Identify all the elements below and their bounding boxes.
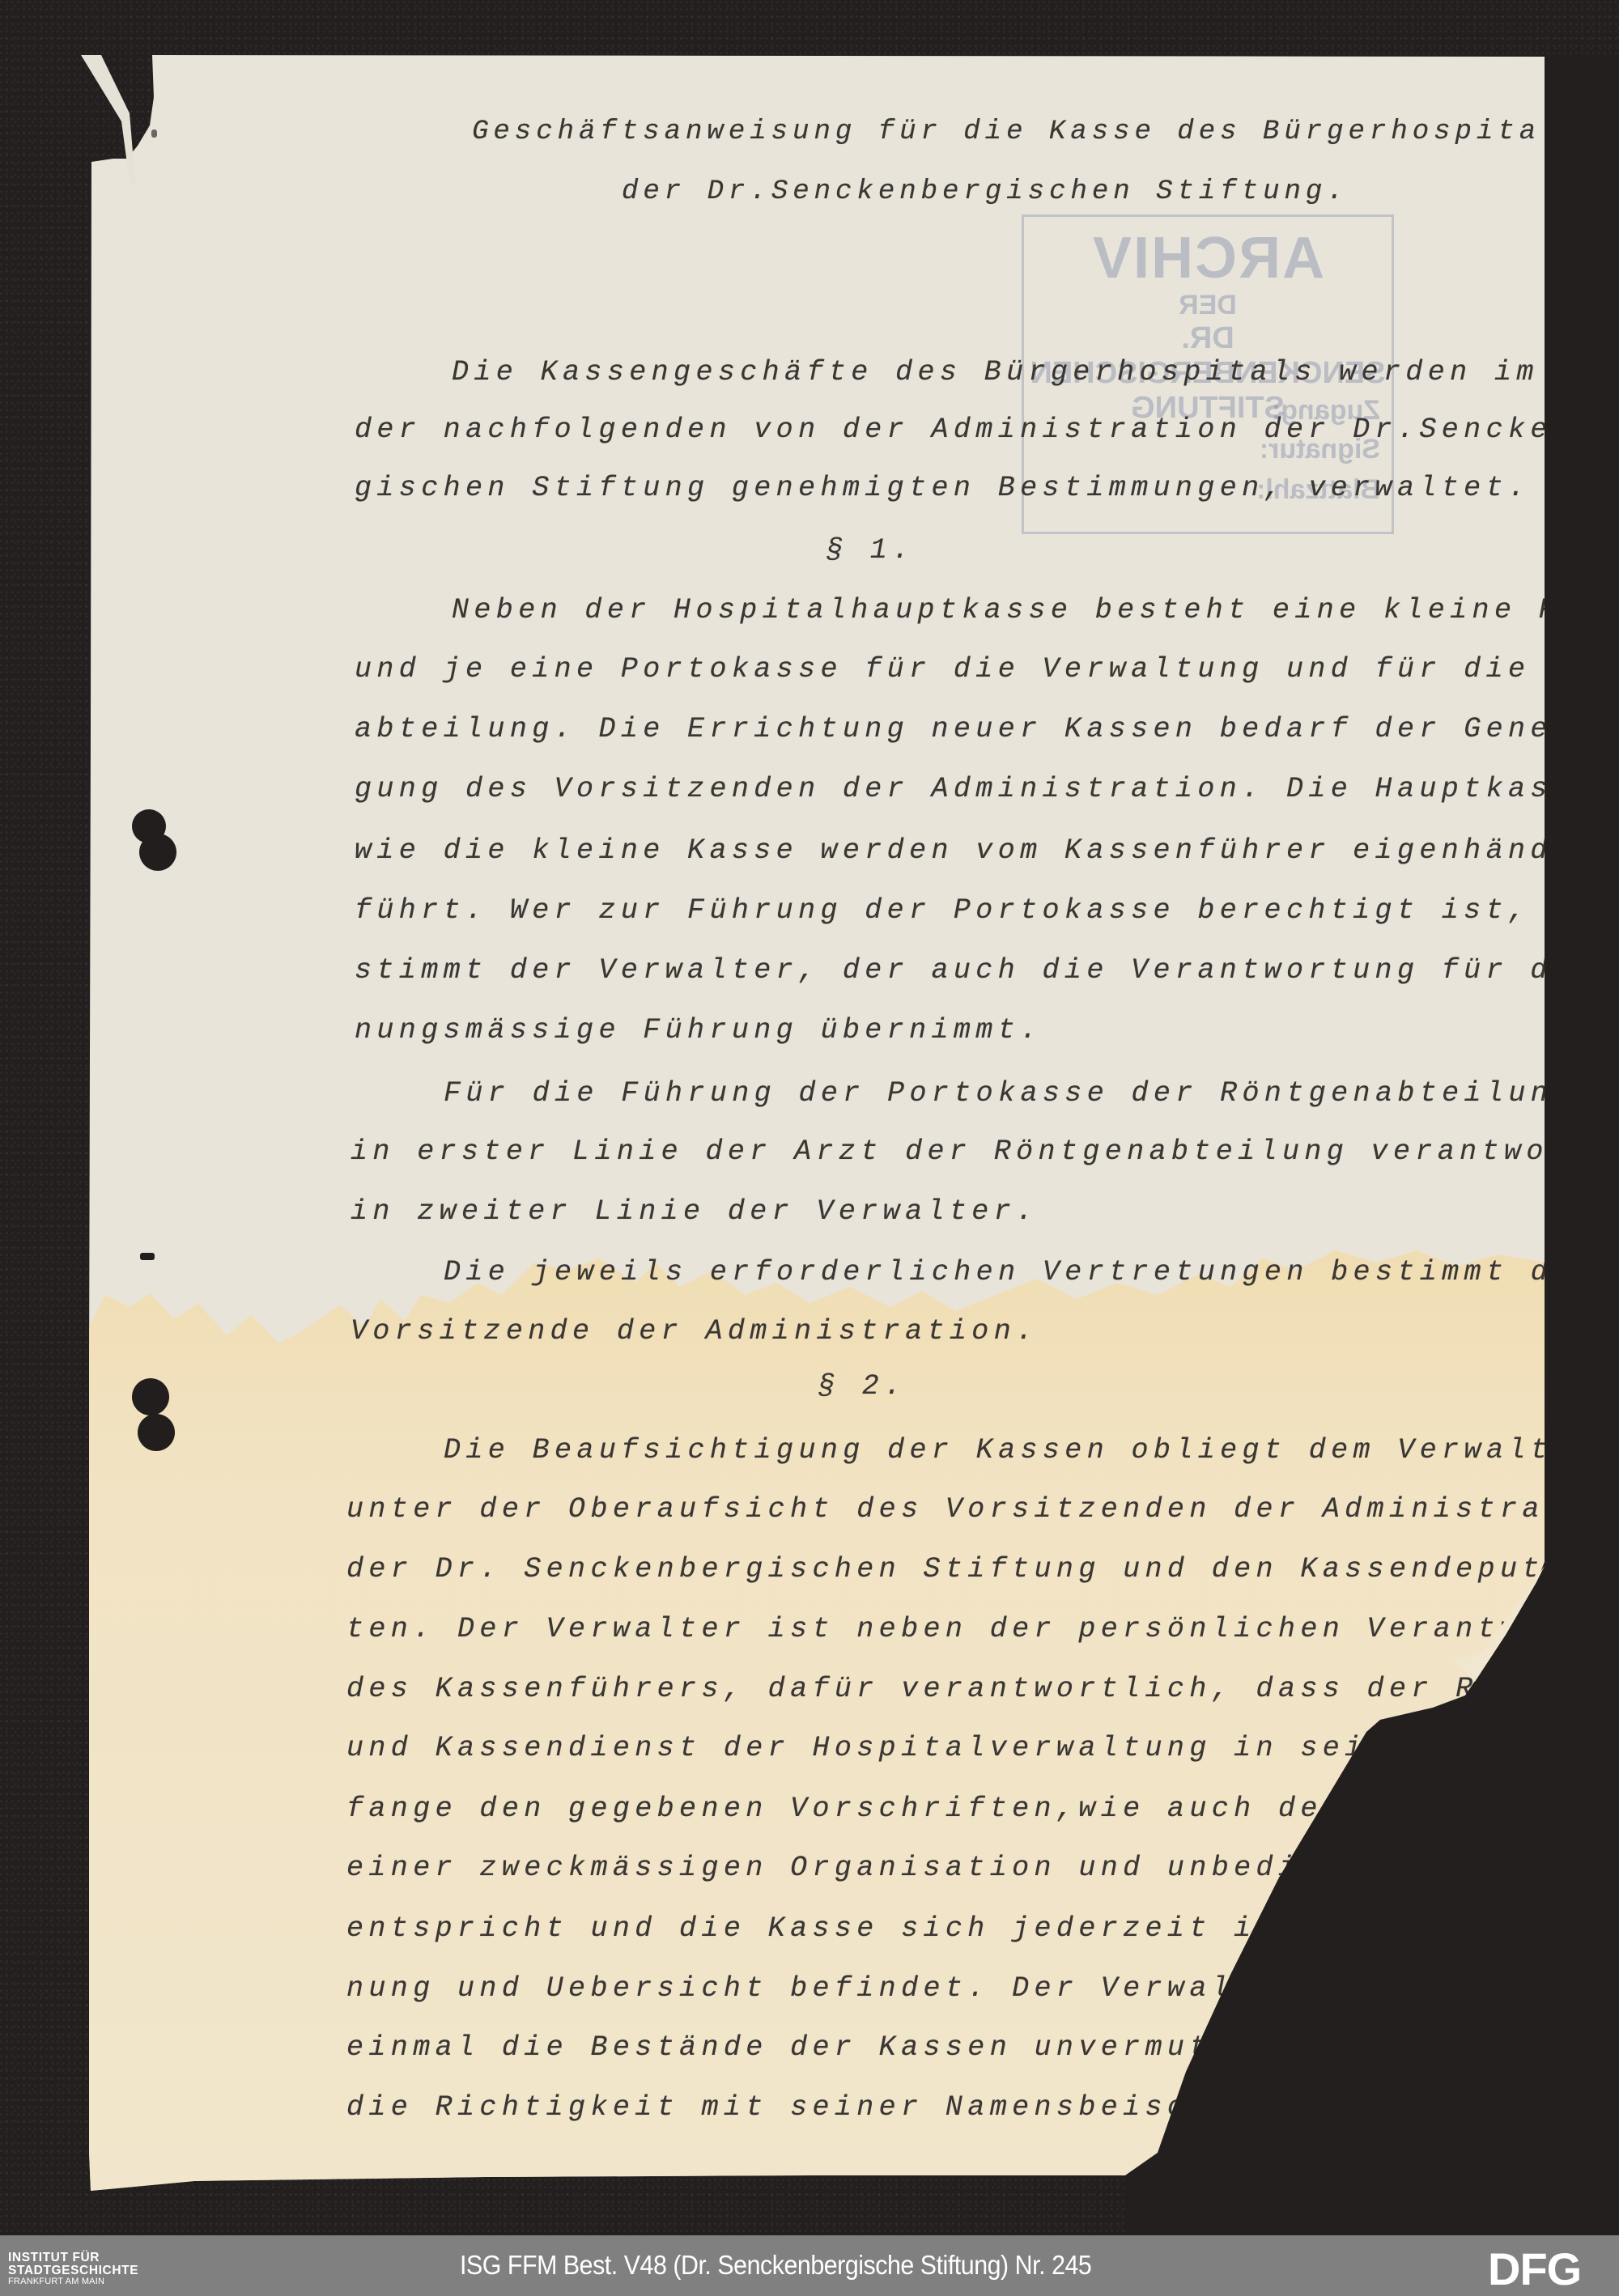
s1-p1-line-5: wie die kleine Kasse werden vom Kassenfü… [355, 837, 1619, 865]
s1-p3-line-1: Die jeweils erforderlichen Vertretungen … [444, 1258, 1597, 1287]
archive-signature: ISG FFM Best. V48 (Dr. Senckenbergische … [460, 2250, 1091, 2281]
stamp-line-archiv: ARCHIV [1024, 225, 1392, 291]
s2-line-9: entspricht und die Kasse sich jederzeit … [346, 1915, 1522, 1943]
intro-line-3: gischen Stiftung genehmigten Bestimmunge… [355, 474, 1530, 503]
section-2-heading: § 2. [818, 1373, 907, 1401]
s2-line-8: einer zweckmässigen Organisation und unb… [346, 1854, 1619, 1882]
s1-p1-line-7: stimmt der Verwalter, der auch die Veran… [355, 957, 1619, 985]
s2-line-10: nung und Uebersicht befindet. Der Verwal… [346, 1975, 1500, 2003]
s2-line-2: unter der Oberaufsicht des Vorsitzenden … [346, 1496, 1619, 1524]
staple-mark [140, 1253, 155, 1260]
institute-logo: INSTITUT FÜR STADTGESCHICHTE FRANKFURT A… [8, 2251, 138, 2286]
s1-p2-line-2: in erster Linie der Arzt der Röntgenabte… [351, 1138, 1619, 1166]
document-title-line-1: Geschäftsanweisung für die Kasse des Bür… [472, 118, 1583, 146]
institute-logo-line-1: INSTITUT FÜR [8, 2251, 138, 2264]
dfg-logo: DFG [1488, 2247, 1581, 2292]
s2-line-1: Die Beaufsichtigung der Kassen obliegt d… [444, 1437, 1597, 1465]
section-1-heading: § 1. [826, 537, 915, 565]
handwritten-page-mark: 1 [1179, 2127, 1199, 2171]
pin-mark [151, 129, 157, 138]
s2-line-7: fange den gegebenen Vorschriften,wie auc… [346, 1795, 1619, 1823]
institute-logo-line-3: FRANKFURT AM MAIN [8, 2277, 138, 2286]
intro-line-1: Die Kassengeschäfte des Bürgerhospitals … [452, 359, 1619, 387]
s2-line-4: ten. Der Verwalter ist neben der persönl… [346, 1615, 1619, 1644]
s2-line-6: und Kassendienst der Hospitalverwaltung … [346, 1734, 1619, 1763]
s2-line-12: die Richtigkeit mit seiner Namensbeischr… [346, 2094, 1434, 2122]
s2-line-11: einmal die Bestände der Kassen unvermute… [346, 2034, 1478, 2062]
s1-p1-line-4: gung des Vorsitzenden der Administration… [355, 775, 1619, 804]
punch-hole-upper-b [139, 834, 176, 871]
s2-line-5: des Kassenführers, dafür verantwortlich,… [346, 1675, 1619, 1704]
s1-p2-line-1: Für die Führung der Portokasse der Röntg… [444, 1080, 1619, 1108]
s1-p1-line-1: Neben der Hospitalhauptkasse besteht ein… [452, 596, 1619, 625]
s1-p1-line-8: nungsmässige Führung übernimmt. [355, 1016, 1043, 1045]
stamp-line-der: DER [1024, 290, 1392, 321]
document-title-line-2: der Dr.Senckenbergischen Stiftung. [622, 178, 1349, 206]
s2-line-3: der Dr. Senckenbergischen Stiftung und d… [346, 1555, 1619, 1584]
s1-p1-line-6: führt. Wer zur Führung der Portokasse be… [355, 897, 1619, 925]
intro-line-2: der nachfolgenden von der Administration… [355, 416, 1619, 444]
document-sheet: ARCHIV DER DR. SENCKENBERGISCHEN STIFTUN… [0, 0, 1619, 2235]
institute-logo-line-2: STADTGESCHICHTE [8, 2264, 138, 2277]
s1-p1-line-3: abteilung. Die Errichtung neuer Kassen b… [355, 715, 1619, 744]
s1-p2-line-3: in zweiter Linie der Verwalter. [351, 1198, 1039, 1226]
s1-p1-line-2: und je eine Portokasse für die Verwaltun… [355, 656, 1619, 684]
archive-footer-bar: INSTITUT FÜR STADTGESCHICHTE FRANKFURT A… [0, 2235, 1619, 2296]
punch-hole-lower-a [132, 1378, 169, 1415]
punch-hole-lower-b [138, 1414, 175, 1451]
s1-p3-line-2: Vorsitzende der Administration. [351, 1318, 1039, 1346]
